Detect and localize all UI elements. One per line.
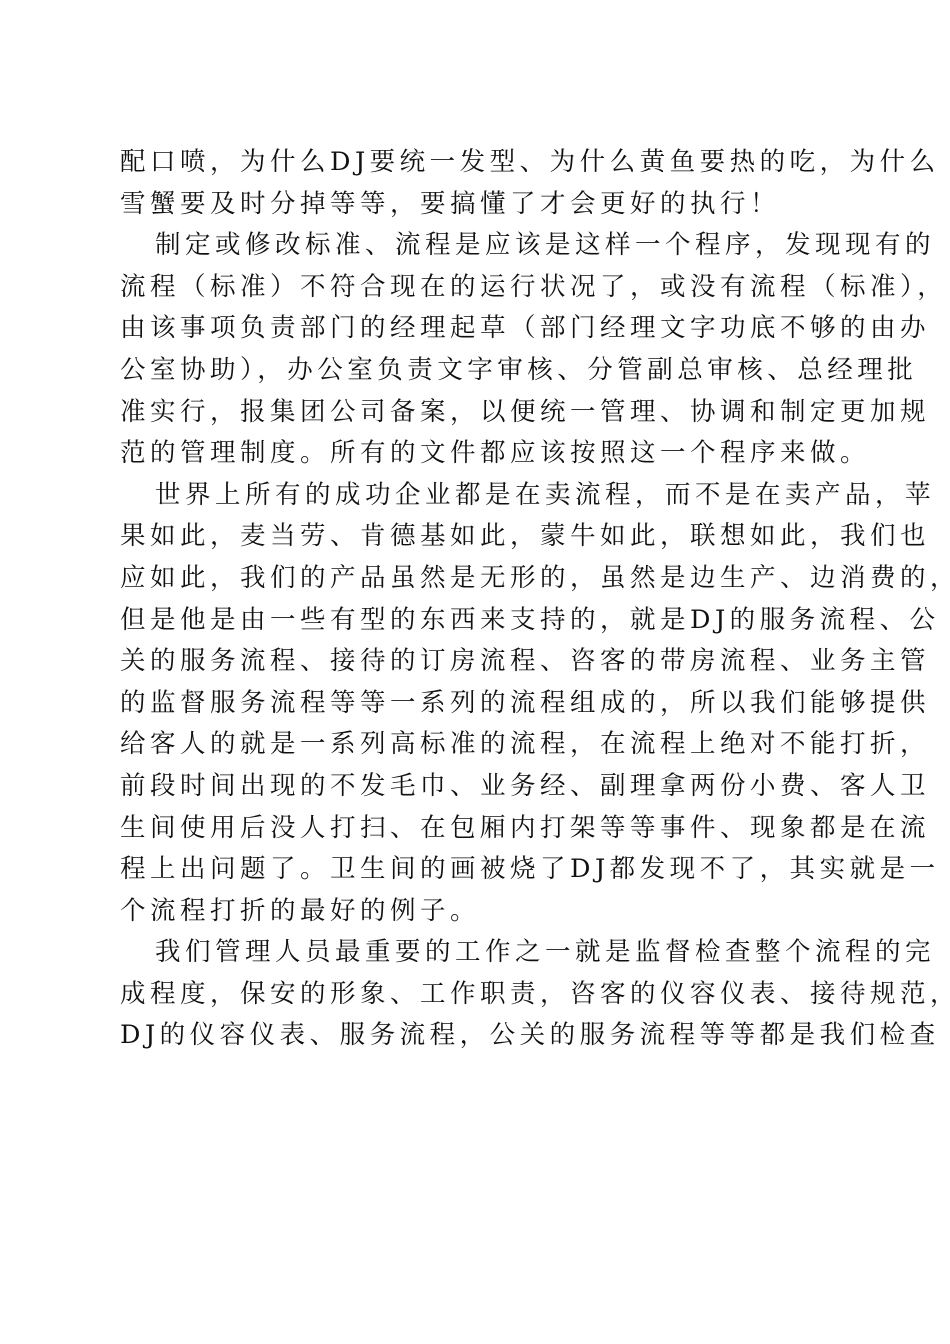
text-line: 流程（标准）不符合现在的运行状况了，或没有流程（标准）， xyxy=(120,267,825,309)
text-line: 生间使用后没人打扫、在包厢内打架等等事件、现象都是在流 xyxy=(120,808,825,850)
paragraph-2: 制定或修改标准、流程是应该是这样一个程序，发现现有的 流程（标准）不符合现在的运… xyxy=(120,225,825,475)
paragraph-3: 世界上所有的成功企业都是在卖流程，而不是在卖产品，苹 果如此，麦当劳、肯德基如此… xyxy=(120,475,825,933)
text-line: 但是他是由一些有型的东西来支持的，就是DJ的服务流程、公 xyxy=(120,600,825,642)
document-page: 配口喷，为什么DJ要统一发型、为什么黄鱼要热的吃，为什么 雪蟹要及时分掉等等，要… xyxy=(120,142,825,1057)
paragraph-1-continued: 配口喷，为什么DJ要统一发型、为什么黄鱼要热的吃，为什么 雪蟹要及时分掉等等，要… xyxy=(120,142,825,225)
text-line: 准实行，报集团公司备案，以便统一管理、协调和制定更加规 xyxy=(120,392,825,434)
text-line: 由该事项负责部门的经理起草（部门经理文字功底不够的由办 xyxy=(120,308,825,350)
paragraph-4: 我们管理人员最重要的工作之一就是监督检查整个流程的完 成程度，保安的形象、工作职… xyxy=(120,932,825,1057)
text-line: 程上出问题了。卫生间的画被烧了DJ都发现不了，其实就是一 xyxy=(120,849,825,891)
text-line: 成程度，保安的形象、工作职责，咨客的仪容仪表、接待规范， xyxy=(120,974,825,1016)
text-line: 世界上所有的成功企业都是在卖流程，而不是在卖产品，苹 xyxy=(120,475,825,517)
text-line: 配口喷，为什么DJ要统一发型、为什么黄鱼要热的吃，为什么 xyxy=(120,142,825,184)
text-line: 个流程打折的最好的例子。 xyxy=(120,891,825,933)
text-line: 范的管理制度。所有的文件都应该按照这一个程序来做。 xyxy=(120,433,825,475)
text-line: 雪蟹要及时分掉等等，要搞懂了才会更好的执行！ xyxy=(120,184,825,226)
text-line: 制定或修改标准、流程是应该是这样一个程序，发现现有的 xyxy=(120,225,825,267)
text-line: 应如此，我们的产品虽然是无形的，虽然是边生产、边消费的， xyxy=(120,558,825,600)
text-line: 的监督服务流程等等一系列的流程组成的，所以我们能够提供 xyxy=(120,683,825,725)
text-line: 果如此，麦当劳、肯德基如此，蒙牛如此，联想如此，我们也 xyxy=(120,516,825,558)
text-line: 关的服务流程、接待的订房流程、咨客的带房流程、业务主管 xyxy=(120,641,825,683)
text-line: 给客人的就是一系列高标准的流程，在流程上绝对不能打折， xyxy=(120,724,825,766)
text-line: 我们管理人员最重要的工作之一就是监督检查整个流程的完 xyxy=(120,932,825,974)
text-line: 前段时间出现的不发毛巾、业务经、副理拿两份小费、客人卫 xyxy=(120,766,825,808)
text-line: 公室协助），办公室负责文字审核、分管副总审核、总经理批 xyxy=(120,350,825,392)
text-line: DJ的仪容仪表、服务流程，公关的服务流程等等都是我们检查 xyxy=(120,1015,825,1057)
